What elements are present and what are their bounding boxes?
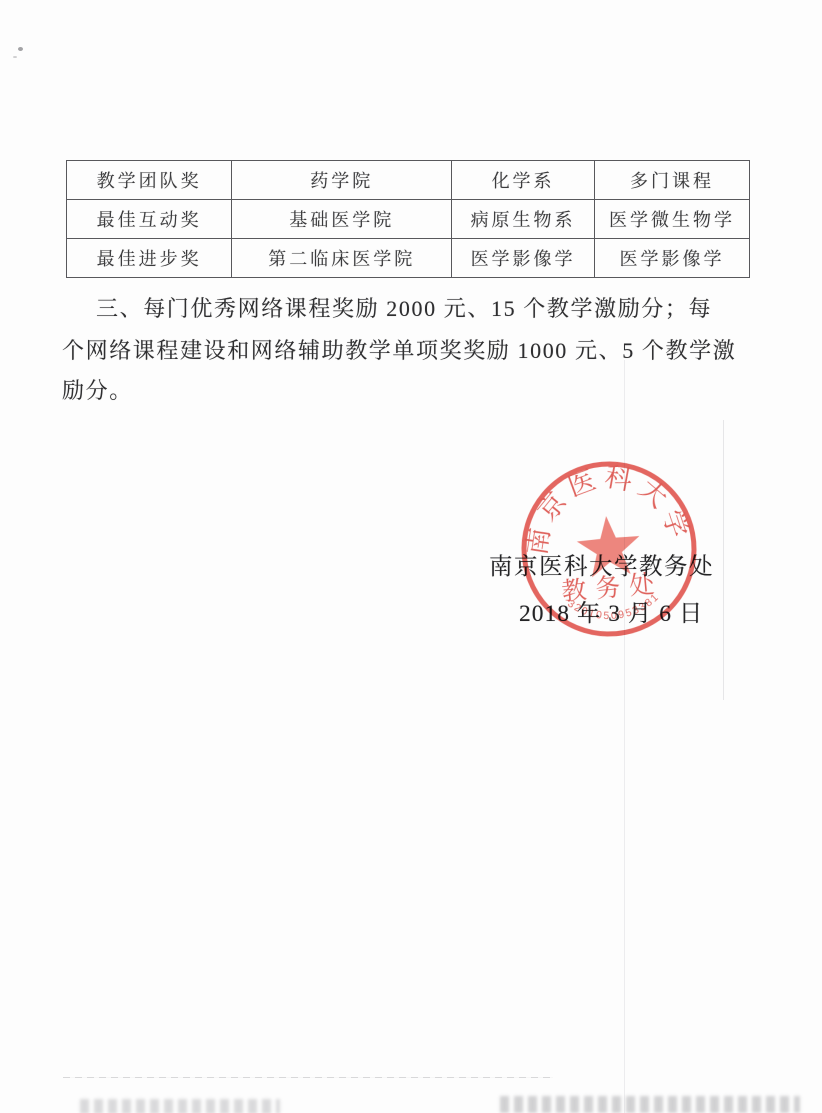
bleedthrough-artifact (500, 1096, 800, 1113)
award-name-cell: 最佳进步奖 (67, 239, 232, 278)
official-seal: 南京医科大学 教务处 3201050953381 (501, 441, 718, 658)
paragraph-line: 个网络课程建设和网络辅助教学单项奖奖励 1000 元、5 个教学激 (62, 334, 736, 365)
scan-speck (18, 47, 23, 51)
scan-crease-line (723, 420, 724, 700)
course-cell: 医学影像学 (594, 239, 749, 278)
course-cell: 多门课程 (594, 161, 749, 200)
bleedthrough-line (63, 1077, 553, 1078)
scanned-document-page: 教学团队奖 药学院 化学系 多门课程 最佳互动奖 基础医学院 病原生物系 医学微… (0, 0, 822, 1113)
star-icon (575, 513, 643, 578)
bleedthrough-artifact (80, 1099, 280, 1113)
scan-speck (13, 56, 17, 58)
award-name-cell: 教学团队奖 (67, 161, 232, 200)
paragraph-line: 励分。 (62, 374, 133, 405)
table-row: 最佳进步奖 第二临床医学院 医学影像学 医学影像学 (67, 239, 750, 278)
awards-table: 教学团队奖 药学院 化学系 多门课程 最佳互动奖 基础医学院 病原生物系 医学微… (66, 160, 750, 278)
department-cell: 病原生物系 (452, 200, 595, 239)
department-cell: 医学影像学 (452, 239, 595, 278)
department-cell: 化学系 (452, 161, 595, 200)
course-cell: 医学微生物学 (594, 200, 749, 239)
table-row: 教学团队奖 药学院 化学系 多门课程 (67, 161, 750, 200)
table-row: 最佳互动奖 基础医学院 病原生物系 医学微生物学 (67, 200, 750, 239)
school-cell: 基础医学院 (232, 200, 452, 239)
school-cell: 药学院 (232, 161, 452, 200)
award-name-cell: 最佳互动奖 (67, 200, 232, 239)
school-cell: 第二临床医学院 (232, 239, 452, 278)
paragraph-line: 三、每门优秀网络课程奖励 2000 元、15 个教学激励分；每 (96, 292, 712, 323)
